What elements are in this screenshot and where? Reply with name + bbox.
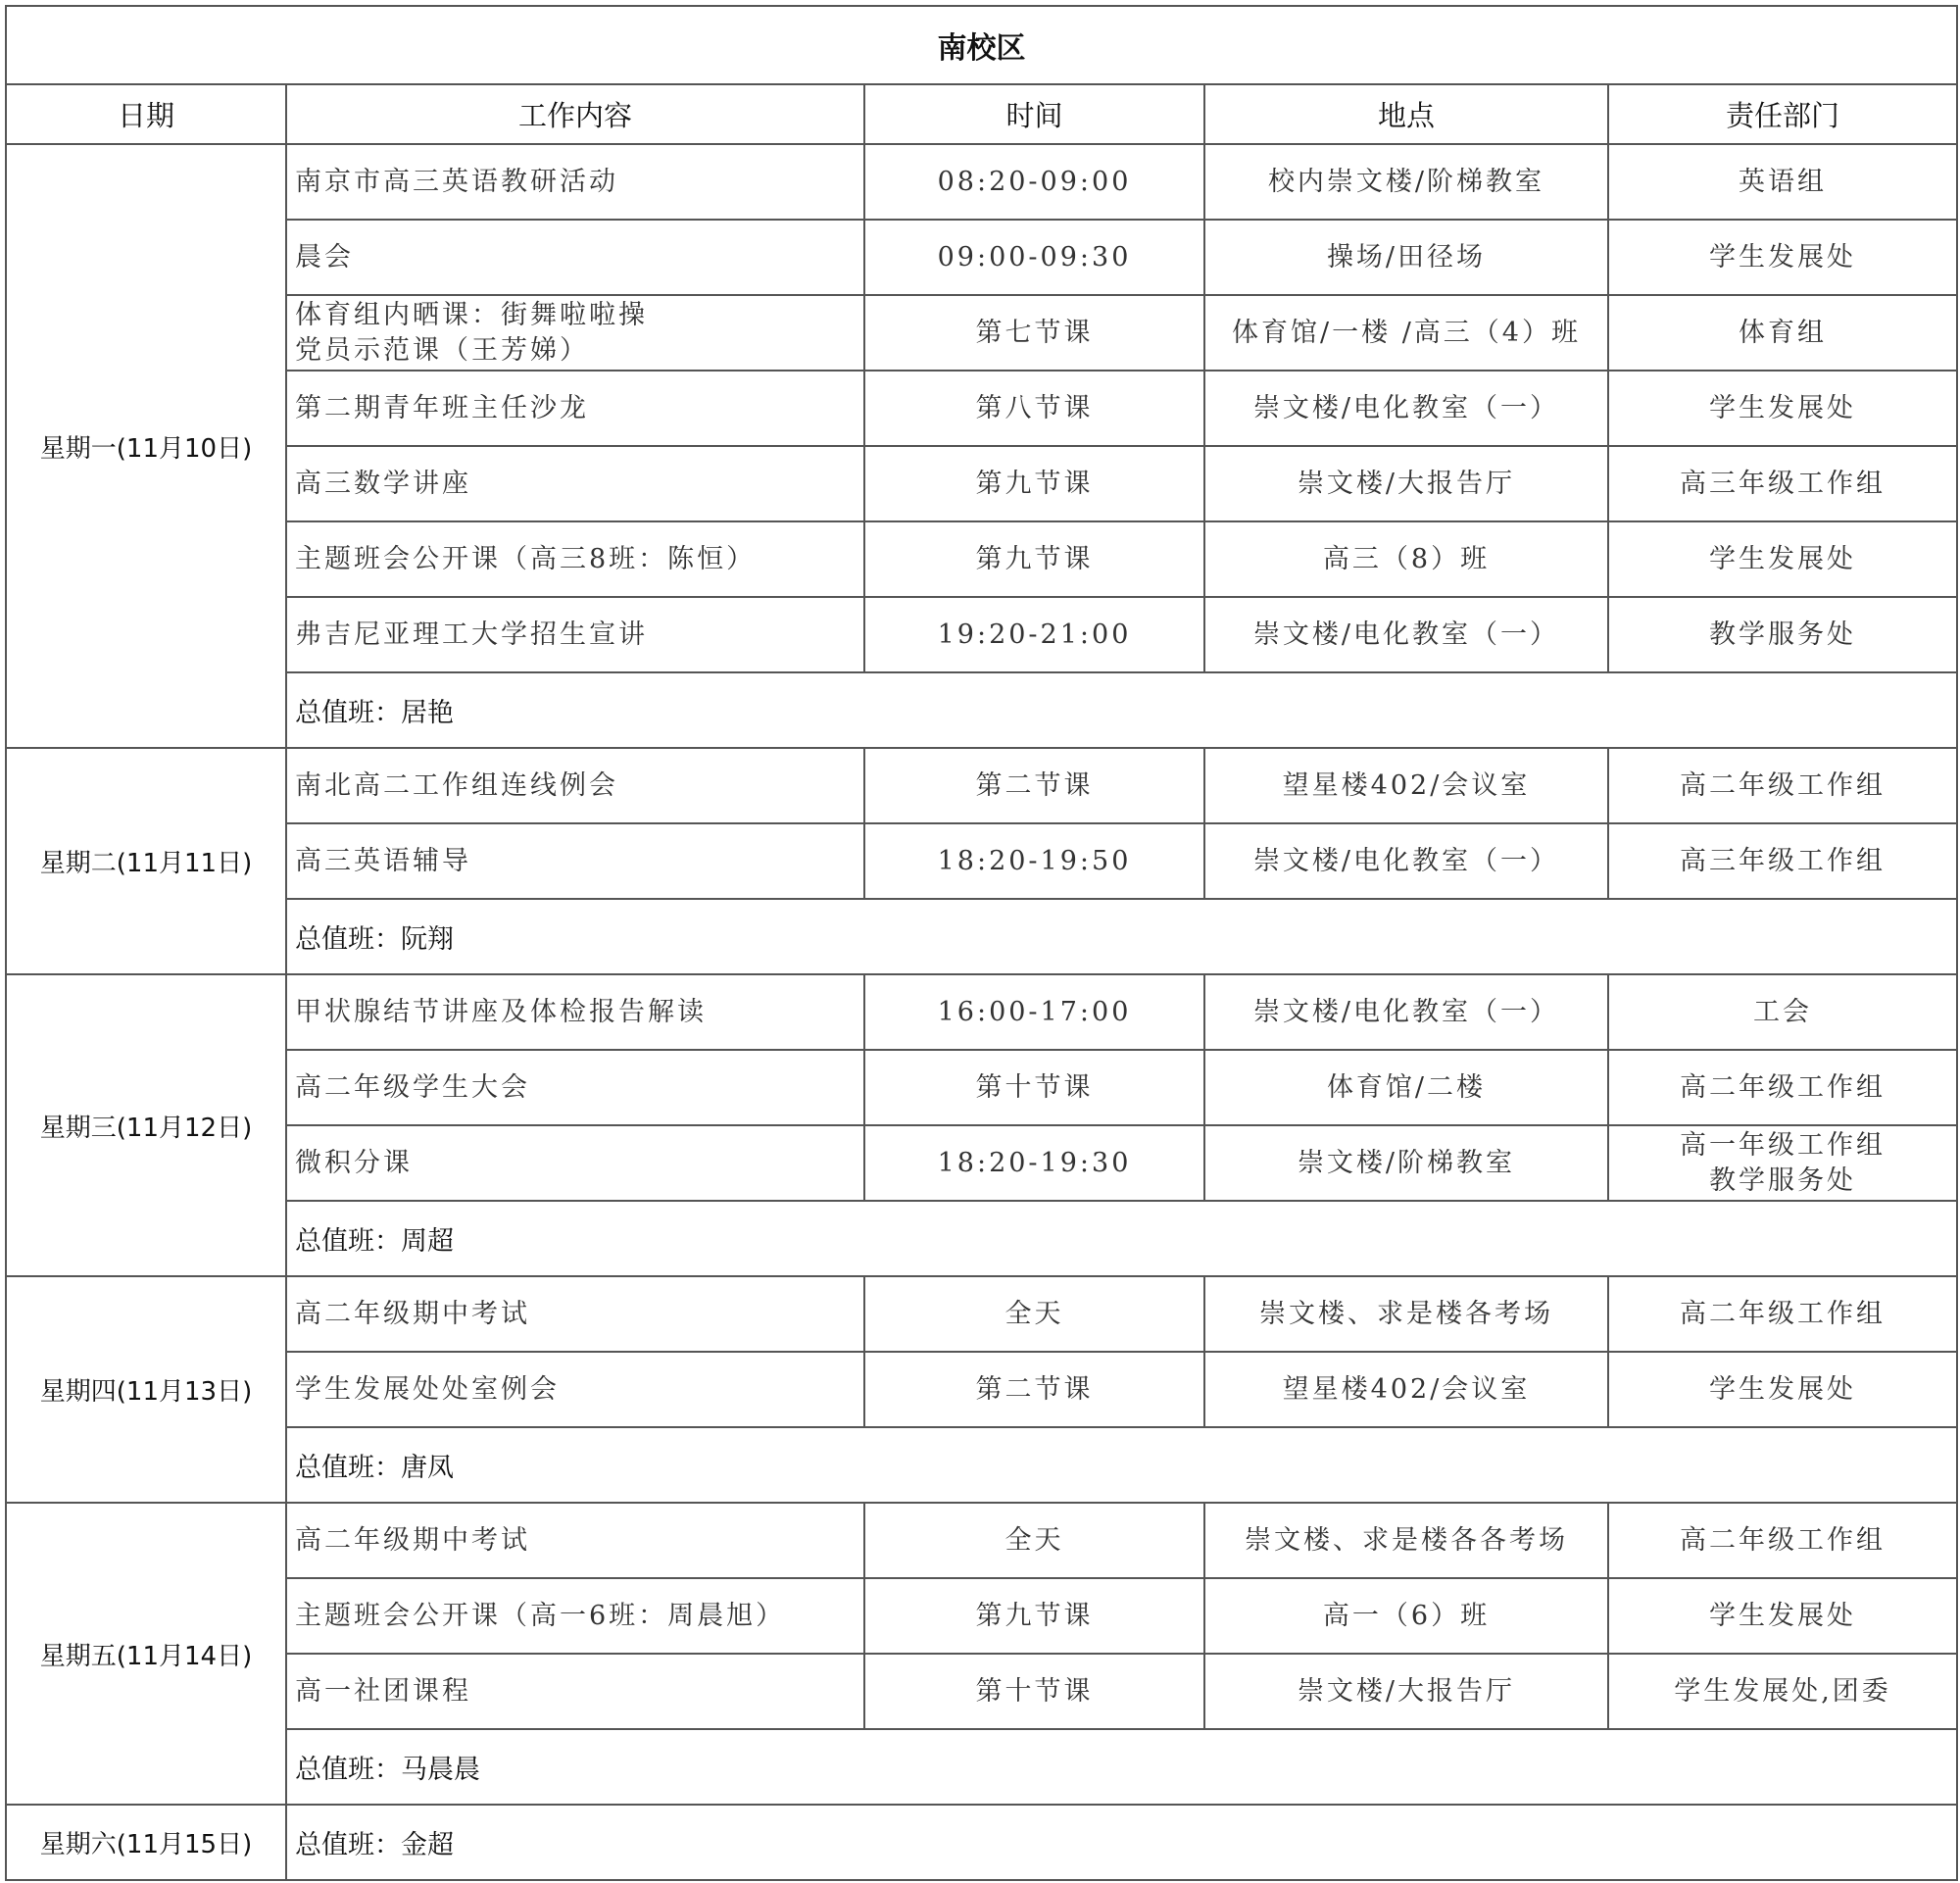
work-content-cell: 晨会: [286, 220, 864, 295]
work-content-line: 学生发展处处室例会: [295, 1372, 863, 1408]
table-row: 星期四(11月13日)高二年级期中考试全天崇文楼、求是楼各考场高二年级工作组: [6, 1276, 1957, 1352]
time-cell: 19:20-21:00: [864, 597, 1204, 672]
dept-line: 学生发展处: [1609, 542, 1956, 577]
time-cell: 09:00-09:30: [864, 220, 1204, 295]
campus-title: 南校区: [6, 6, 1957, 84]
duty-officer-cell: 总值班：金超: [286, 1805, 1957, 1880]
table-row: 高一社团课程第十节课崇文楼/大报告厅学生发展处,团委: [6, 1654, 1957, 1729]
work-content-line: 高三英语辅导: [295, 844, 863, 879]
time-cell: 第九节课: [864, 521, 1204, 597]
dept-line: 学生发展处: [1609, 391, 1956, 426]
dept-cell: 学生发展处: [1608, 1352, 1957, 1427]
work-content-line: 第二期青年班主任沙龙: [295, 391, 863, 426]
duty-row: 总值班：马晨晨: [6, 1729, 1957, 1805]
time-cell: 第二节课: [864, 1352, 1204, 1427]
header-dept: 责任部门: [1608, 84, 1957, 144]
place-cell: 体育馆/二楼: [1204, 1050, 1608, 1125]
dept-line: 教学服务处: [1609, 618, 1956, 653]
work-content-cell: 高三数学讲座: [286, 446, 864, 521]
dept-line: 工会: [1609, 995, 1956, 1030]
duty-row: 总值班：居艳: [6, 672, 1957, 748]
place-cell: 崇文楼/电化教室（一）: [1204, 974, 1608, 1050]
time-cell: 第二节课: [864, 748, 1204, 823]
work-content-line: 弗吉尼亚理工大学招生宣讲: [295, 618, 863, 653]
place-cell: 崇文楼/电化教室（一）: [1204, 823, 1608, 899]
time-cell: 第十节课: [864, 1050, 1204, 1125]
work-content-cell: 南北高二工作组连线例会: [286, 748, 864, 823]
header-date: 日期: [6, 84, 286, 144]
dept-cell: 学生发展处: [1608, 1578, 1957, 1654]
work-content-line: 主题班会公开课（高一6班：周晨旭）: [295, 1599, 863, 1634]
dept-cell: 高一年级工作组教学服务处: [1608, 1125, 1957, 1201]
duty-row: 总值班：唐凤: [6, 1427, 1957, 1503]
work-content-cell: 南京市高三英语教研活动: [286, 144, 864, 220]
time-cell: 16:00-17:00: [864, 974, 1204, 1050]
dept-cell: 学生发展处: [1608, 220, 1957, 295]
work-content-line: 党员示范课（王芳娣）: [295, 333, 863, 369]
work-content-cell: 高一社团课程: [286, 1654, 864, 1729]
title-row: 南校区: [6, 6, 1957, 84]
time-cell: 第七节课: [864, 295, 1204, 371]
duty-officer-cell: 总值班：居艳: [286, 672, 1957, 748]
table-row: 第二期青年班主任沙龙第八节课崇文楼/电化教室（一）学生发展处: [6, 371, 1957, 446]
duty-officer-cell: 总值班：周超: [286, 1201, 1957, 1276]
work-content-cell: 主题班会公开课（高一6班：周晨旭）: [286, 1578, 864, 1654]
dept-cell: 学生发展处: [1608, 371, 1957, 446]
dept-line: 高二年级工作组: [1609, 768, 1956, 804]
table-row: 主题班会公开课（高三8班：陈恒）第九节课高三（8）班学生发展处: [6, 521, 1957, 597]
table-row: 星期三(11月12日)甲状腺结节讲座及体检报告解读16:00-17:00崇文楼/…: [6, 974, 1957, 1050]
time-cell: 第八节课: [864, 371, 1204, 446]
dept-cell: 学生发展处: [1608, 521, 1957, 597]
dept-line: 高一年级工作组: [1609, 1128, 1956, 1164]
table-row: 主题班会公开课（高一6班：周晨旭）第九节课高一（6）班学生发展处: [6, 1578, 1957, 1654]
dept-line: 学生发展处: [1609, 1599, 1956, 1634]
table-row: 星期五(11月14日)高二年级期中考试全天崇文楼、求是楼各各考场高二年级工作组: [6, 1503, 1957, 1578]
duty-row: 总值班：周超: [6, 1201, 1957, 1276]
work-content-cell: 高二年级期中考试: [286, 1503, 864, 1578]
table-row: 高三英语辅导18:20-19:50崇文楼/电化教室（一）高三年级工作组: [6, 823, 1957, 899]
work-content-cell: 学生发展处处室例会: [286, 1352, 864, 1427]
dept-line: 高二年级工作组: [1609, 1070, 1956, 1106]
dept-line: 高二年级工作组: [1609, 1297, 1956, 1332]
work-content-line: 高一社团课程: [295, 1674, 863, 1710]
dept-cell: 工会: [1608, 974, 1957, 1050]
work-content-cell: 高三英语辅导: [286, 823, 864, 899]
duty-officer-cell: 总值班：唐凤: [286, 1427, 1957, 1503]
place-cell: 操场/田径场: [1204, 220, 1608, 295]
dept-cell: 高二年级工作组: [1608, 1503, 1957, 1578]
time-cell: 全天: [864, 1276, 1204, 1352]
place-cell: 崇文楼/大报告厅: [1204, 446, 1608, 521]
work-content-cell: 体育组内晒课：街舞啦啦操党员示范课（王芳娣）: [286, 295, 864, 371]
work-content-line: 主题班会公开课（高三8班：陈恒）: [295, 542, 863, 577]
dept-line: 英语组: [1609, 165, 1956, 200]
dept-line: 学生发展处: [1609, 240, 1956, 275]
place-cell: 高一（6）班: [1204, 1578, 1608, 1654]
work-content-line: 高二年级期中考试: [295, 1523, 863, 1559]
work-content-line: 晨会: [295, 240, 863, 275]
table-row: 星期二(11月11日)南北高二工作组连线例会第二节课望星楼402/会议室高二年级…: [6, 748, 1957, 823]
table-row: 学生发展处处室例会第二节课望星楼402/会议室学生发展处: [6, 1352, 1957, 1427]
dept-line: 高三年级工作组: [1609, 467, 1956, 502]
work-content-line: 高二年级期中考试: [295, 1297, 863, 1332]
dept-cell: 高三年级工作组: [1608, 446, 1957, 521]
work-content-line: 微积分课: [295, 1146, 863, 1181]
date-cell: 星期五(11月14日): [6, 1503, 286, 1805]
place-cell: 高三（8）班: [1204, 521, 1608, 597]
table-row: 弗吉尼亚理工大学招生宣讲19:20-21:00崇文楼/电化教室（一）教学服务处: [6, 597, 1957, 672]
dept-line: 高二年级工作组: [1609, 1523, 1956, 1559]
header-place: 地点: [1204, 84, 1608, 144]
time-cell: 18:20-19:30: [864, 1125, 1204, 1201]
table-row: 高三数学讲座第九节课崇文楼/大报告厅高三年级工作组: [6, 446, 1957, 521]
work-content-line: 高二年级学生大会: [295, 1070, 863, 1106]
work-content-cell: 甲状腺结节讲座及体检报告解读: [286, 974, 864, 1050]
schedule-table: 南校区 日期 工作内容 时间 地点 责任部门 星期一(11月10日)南京市高三英…: [5, 5, 1958, 1881]
dept-line: 教学服务处: [1609, 1164, 1956, 1199]
work-content-cell: 主题班会公开课（高三8班：陈恒）: [286, 521, 864, 597]
time-cell: 第十节课: [864, 1654, 1204, 1729]
time-cell: 08:20-09:00: [864, 144, 1204, 220]
dept-cell: 高二年级工作组: [1608, 1050, 1957, 1125]
dept-cell: 高二年级工作组: [1608, 1276, 1957, 1352]
duty-row: 星期六(11月15日)总值班：金超: [6, 1805, 1957, 1880]
dept-cell: 体育组: [1608, 295, 1957, 371]
duty-officer-cell: 总值班：马晨晨: [286, 1729, 1957, 1805]
dept-cell: 高二年级工作组: [1608, 748, 1957, 823]
dept-line: 学生发展处,团委: [1609, 1674, 1956, 1710]
table-row: 体育组内晒课：街舞啦啦操党员示范课（王芳娣）第七节课体育馆/一楼 /高三（4）班…: [6, 295, 1957, 371]
time-cell: 全天: [864, 1503, 1204, 1578]
duty-officer-cell: 总值班：阮翔: [286, 899, 1957, 974]
dept-line: 高三年级工作组: [1609, 844, 1956, 879]
place-cell: 崇文楼、求是楼各考场: [1204, 1276, 1608, 1352]
table-row: 高二年级学生大会第十节课体育馆/二楼高二年级工作组: [6, 1050, 1957, 1125]
time-cell: 第九节课: [864, 1578, 1204, 1654]
time-cell: 18:20-19:50: [864, 823, 1204, 899]
duty-row: 总值班：阮翔: [6, 899, 1957, 974]
work-content-line: 体育组内晒课：街舞啦啦操: [295, 298, 863, 333]
table-row: 星期一(11月10日)南京市高三英语教研活动08:20-09:00校内崇文楼/阶…: [6, 144, 1957, 220]
place-cell: 崇文楼/电化教室（一）: [1204, 597, 1608, 672]
place-cell: 体育馆/一楼 /高三（4）班: [1204, 295, 1608, 371]
date-cell: 星期二(11月11日): [6, 748, 286, 974]
dept-line: 学生发展处: [1609, 1372, 1956, 1408]
date-cell: 星期六(11月15日): [6, 1805, 286, 1880]
work-content-line: 南京市高三英语教研活动: [295, 165, 863, 200]
header-row: 日期 工作内容 时间 地点 责任部门: [6, 84, 1957, 144]
dept-cell: 英语组: [1608, 144, 1957, 220]
table-row: 微积分课18:20-19:30崇文楼/阶梯教室高一年级工作组教学服务处: [6, 1125, 1957, 1201]
work-content-cell: 第二期青年班主任沙龙: [286, 371, 864, 446]
place-cell: 崇文楼/电化教室（一）: [1204, 371, 1608, 446]
place-cell: 崇文楼、求是楼各各考场: [1204, 1503, 1608, 1578]
place-cell: 望星楼402/会议室: [1204, 748, 1608, 823]
place-cell: 崇文楼/阶梯教室: [1204, 1125, 1608, 1201]
header-content: 工作内容: [286, 84, 864, 144]
work-content-line: 甲状腺结节讲座及体检报告解读: [295, 995, 863, 1030]
date-cell: 星期三(11月12日): [6, 974, 286, 1276]
date-cell: 星期四(11月13日): [6, 1276, 286, 1503]
work-content-cell: 弗吉尼亚理工大学招生宣讲: [286, 597, 864, 672]
date-cell: 星期一(11月10日): [6, 144, 286, 748]
dept-line: 体育组: [1609, 316, 1956, 351]
dept-cell: 学生发展处,团委: [1608, 1654, 1957, 1729]
dept-cell: 教学服务处: [1608, 597, 1957, 672]
time-cell: 第九节课: [864, 446, 1204, 521]
place-cell: 校内崇文楼/阶梯教室: [1204, 144, 1608, 220]
work-content-cell: 高二年级期中考试: [286, 1276, 864, 1352]
work-content-cell: 微积分课: [286, 1125, 864, 1201]
work-content-line: 南北高二工作组连线例会: [295, 768, 863, 804]
table-row: 晨会09:00-09:30操场/田径场学生发展处: [6, 220, 1957, 295]
dept-cell: 高三年级工作组: [1608, 823, 1957, 899]
work-content-cell: 高二年级学生大会: [286, 1050, 864, 1125]
header-time: 时间: [864, 84, 1204, 144]
work-content-line: 高三数学讲座: [295, 467, 863, 502]
place-cell: 崇文楼/大报告厅: [1204, 1654, 1608, 1729]
place-cell: 望星楼402/会议室: [1204, 1352, 1608, 1427]
